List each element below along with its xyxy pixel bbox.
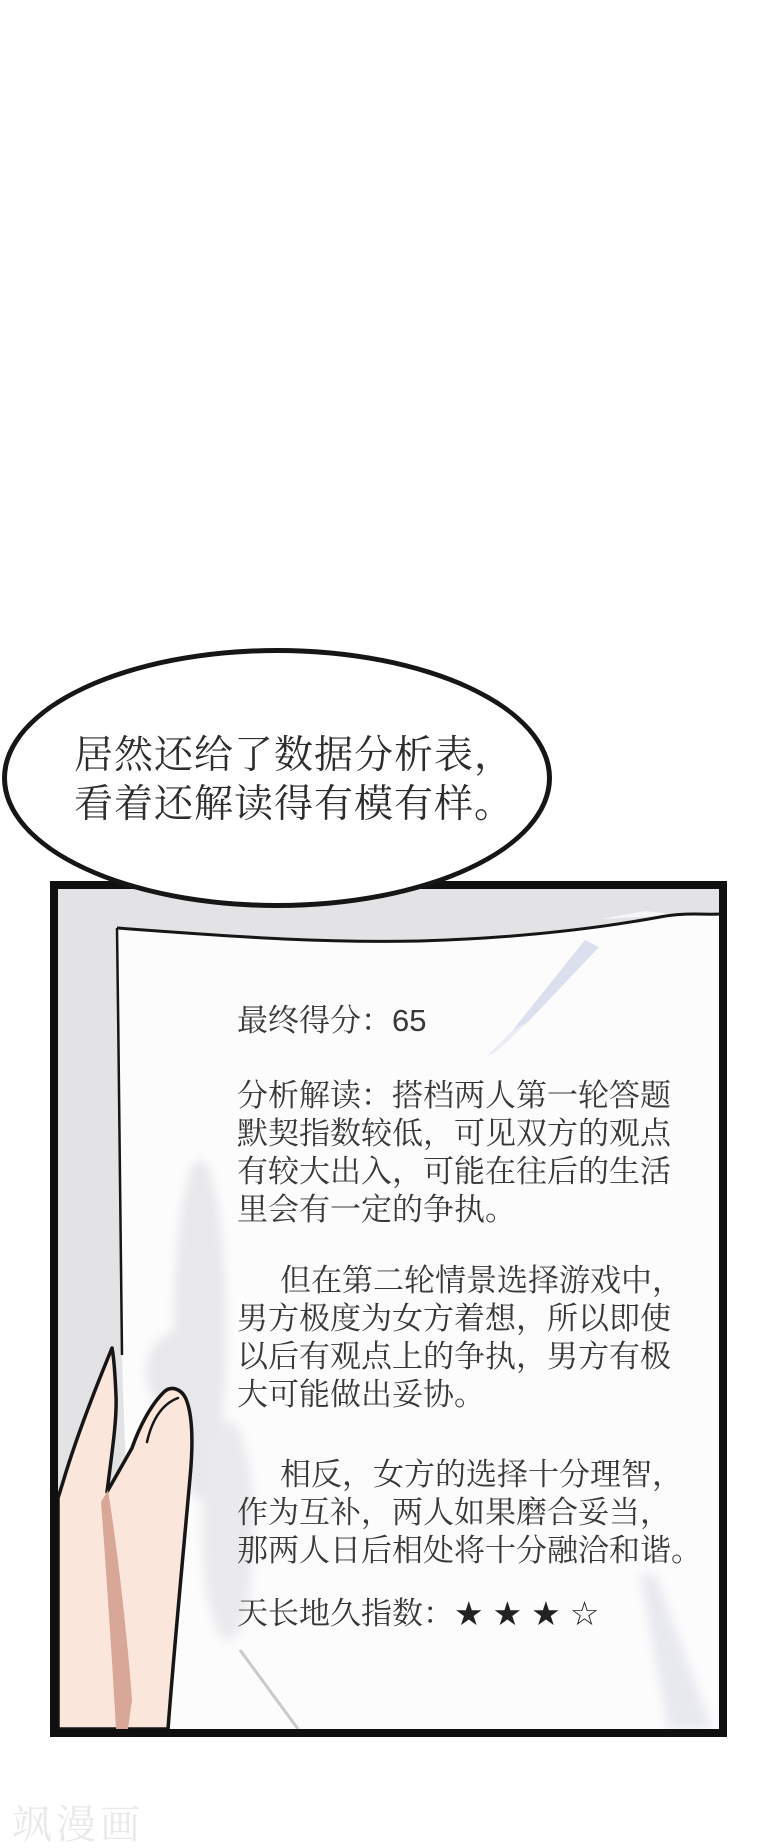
report-line: 男方极度为女方着想，所以即使 — [237, 1300, 712, 1338]
report-line: 大可能做出妥协。 — [237, 1376, 712, 1414]
bubble-line-2: 看着还解读得有模有样。 — [74, 780, 514, 829]
final-score-line: 最终得分：65 — [237, 1002, 712, 1040]
analysis-paragraph-2: 但在第二轮情景选择游戏中， 男方极度为女方着想，所以即使 以后有观点上的争执，男… — [237, 1262, 712, 1414]
longevity-line: 天长地久指数：★★★☆ — [237, 1595, 712, 1633]
report-line: 默契指数较低，可见双方的观点 — [237, 1115, 712, 1153]
report-line: 相反，女方的选择十分理智， — [237, 1456, 712, 1494]
star-rating: ★★★☆ — [454, 1595, 608, 1632]
report-line: 分析解读：搭档两人第一轮答题 — [237, 1077, 712, 1115]
speech-bubble-text: 居然还给了数据分析表， 看着还解读得有模有样。 — [74, 731, 514, 829]
watermark: 飒漫画 — [12, 1793, 144, 1848]
longevity-label: 天长地久指数： — [237, 1596, 454, 1631]
report-line: 但在第二轮情景选择游戏中， — [237, 1262, 712, 1300]
report-line: 有较大出入，可能在往后的生活 — [237, 1153, 712, 1191]
bubble-line-1: 居然还给了数据分析表， — [74, 731, 514, 780]
report-line: 以后有观点上的争执，男方有极 — [237, 1338, 712, 1376]
analysis-paragraph-3: 相反，女方的选择十分理智， 作为互补，两人如果磨合妥当， 那两人日后相处将十分融… — [237, 1456, 712, 1570]
report-line: 那两人日后相处将十分融洽和谐。 — [237, 1532, 712, 1570]
report-line: 里会有一定的争执。 — [237, 1191, 712, 1229]
analysis-paragraph-1: 分析解读：搭档两人第一轮答题 默契指数较低，可见双方的观点 有较大出入，可能在往… — [237, 1077, 712, 1229]
analysis-report: 最终得分：65 分析解读：搭档两人第一轮答题 默契指数较低，可见双方的观点 有较… — [237, 1002, 712, 1633]
report-line: 作为互补，两人如果磨合妥当， — [237, 1494, 712, 1532]
final-score-value: 65 — [392, 1003, 426, 1038]
final-score-label: 最终得分： — [237, 1003, 392, 1038]
comic-page: 最终得分：65 分析解读：搭档两人第一轮答题 默契指数较低，可见双方的观点 有较… — [0, 0, 760, 1848]
